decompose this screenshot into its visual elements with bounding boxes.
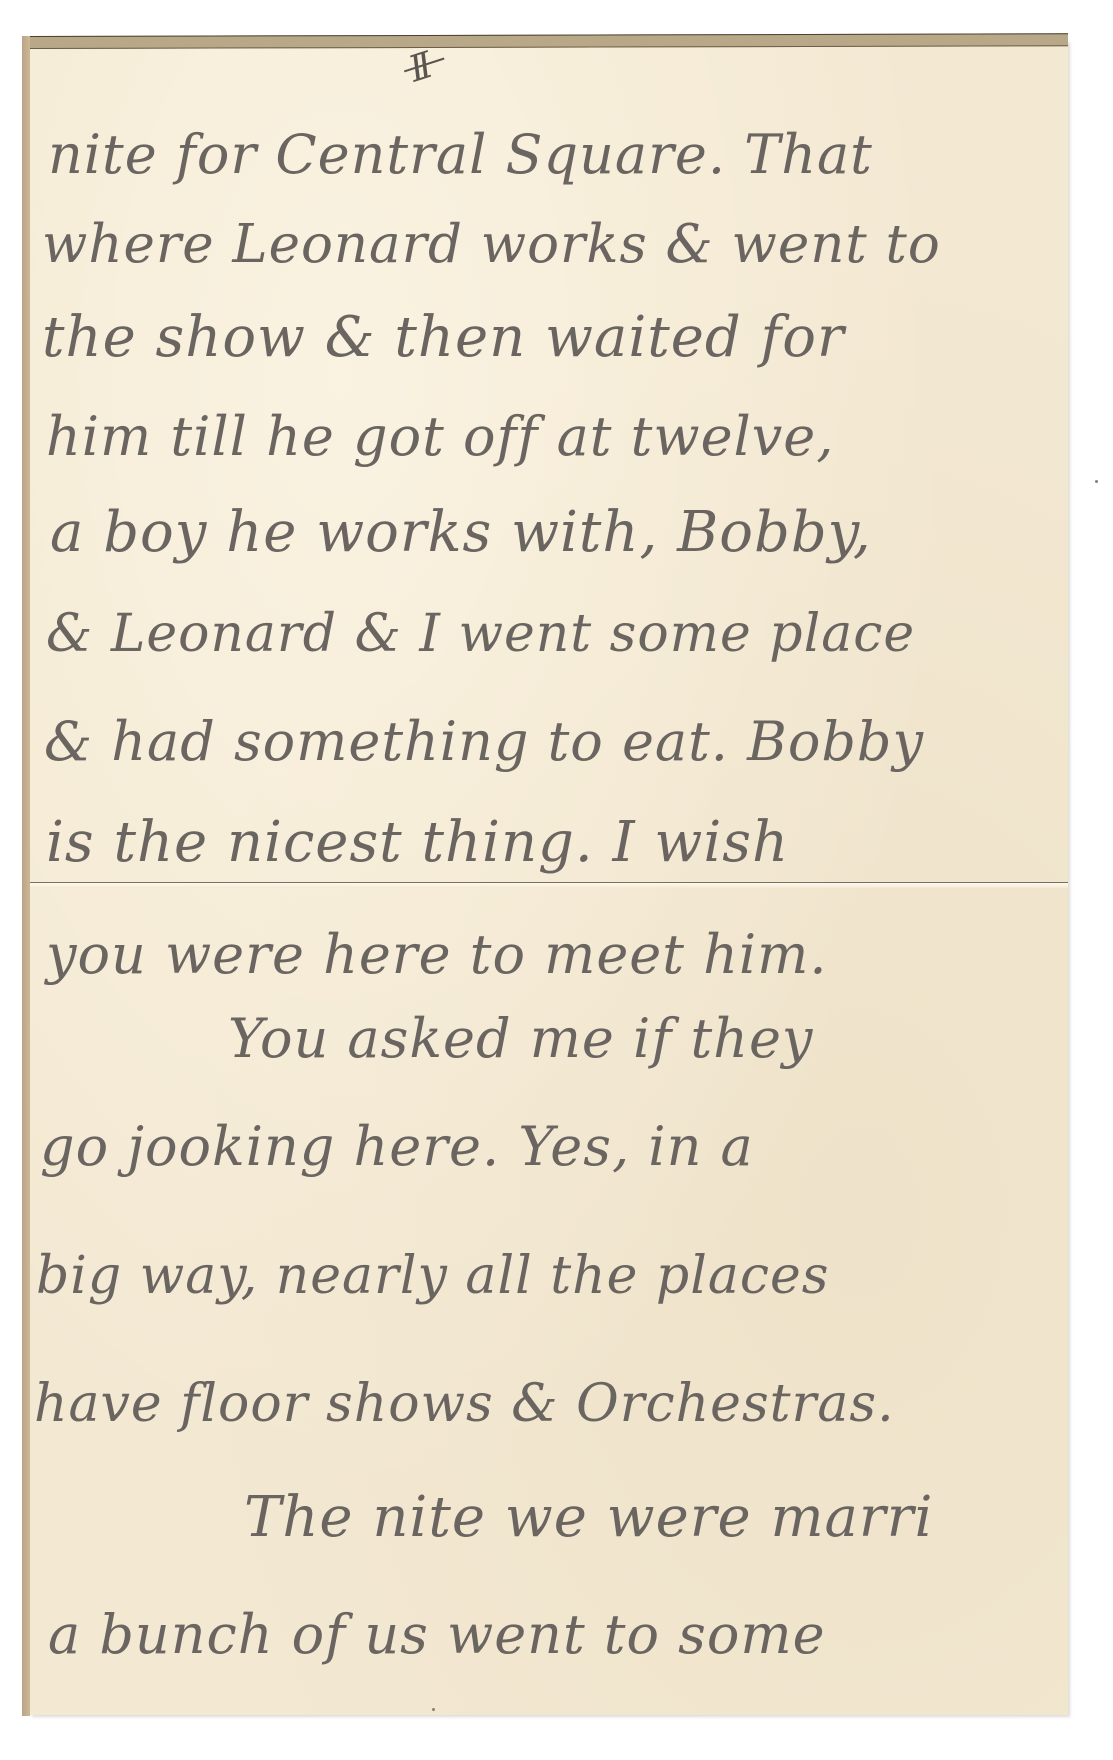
paper-top-edge-strip: [30, 33, 1068, 49]
handwritten-line-6: & Leonard & I went some place: [46, 608, 915, 660]
handwritten-line-9: you were here to meet him.: [46, 928, 828, 982]
handwritten-line-15: a bunch of us went to some: [48, 1608, 826, 1662]
paper-left-edge-shadow: [22, 36, 30, 1716]
handwritten-line-1: nite for Central Square. That: [48, 128, 873, 182]
handwritten-line-7: & had something to eat. Bobby: [44, 715, 924, 769]
handwritten-line-5: a boy he works with, Bobby,: [50, 505, 872, 561]
stray-mark: [1095, 480, 1098, 483]
paper-fold-crease: [30, 882, 1068, 888]
handwritten-line-4: him till he got off at twelve,: [46, 410, 834, 464]
handwritten-line-3: the show & then waited for: [42, 310, 845, 366]
handwritten-line-8: is the nicest thing. I wish: [46, 815, 789, 871]
handwritten-line-11: go jooking here. Yes, in a: [40, 1120, 754, 1174]
handwritten-line-2: where Leonard works & went to: [42, 218, 941, 271]
handwritten-line-12: big way, nearly all the places: [36, 1250, 829, 1302]
letter-paper: [30, 40, 1068, 1715]
handwritten-line-14: The nite we were marri: [244, 1490, 933, 1546]
handwritten-line-13: have floor shows & Orchestras.: [34, 1378, 895, 1430]
stray-mark: [432, 1708, 435, 1711]
handwritten-line-10: You asked me if they: [228, 1012, 813, 1066]
scanned-page: II nite for Central Square. That where L…: [0, 0, 1113, 1760]
